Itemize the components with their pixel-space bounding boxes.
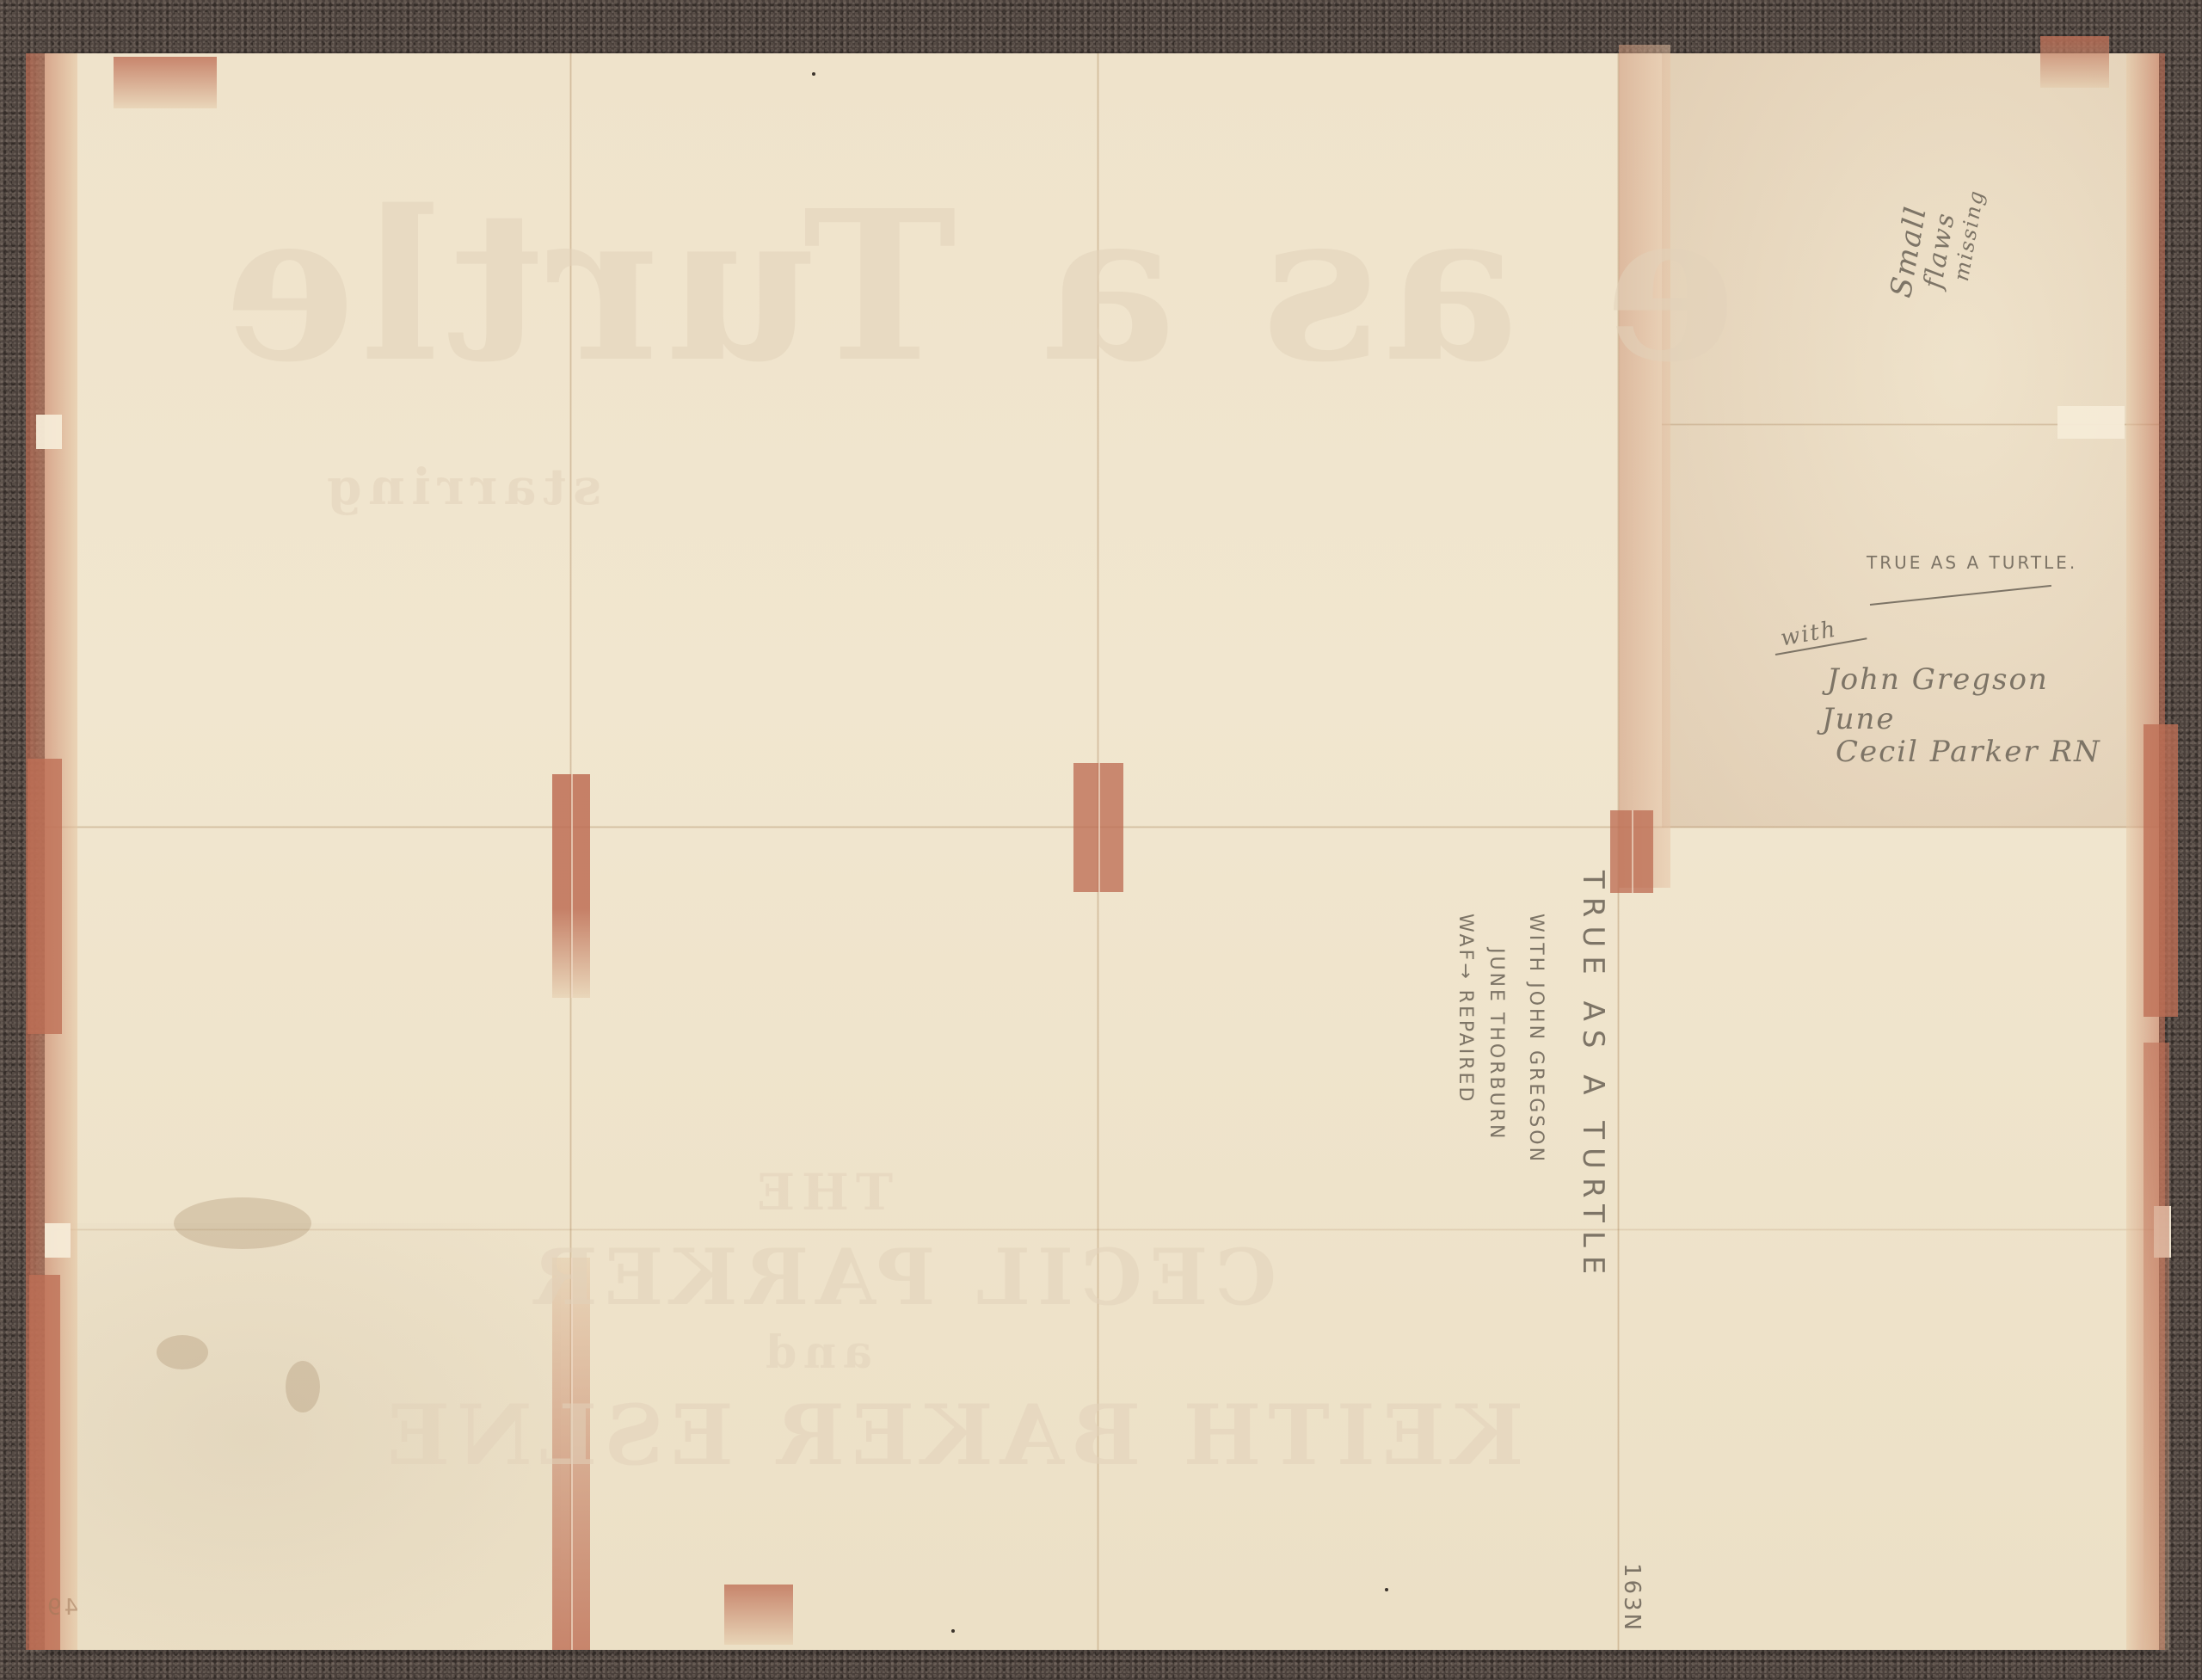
show-through-title: e as a Turtle <box>217 165 1736 408</box>
tape-left-lower-white <box>45 1223 71 1258</box>
aged-shading-right <box>1662 53 2159 828</box>
note-title-right: TRUE AS A TURTLE. <box>1867 552 2077 573</box>
tape-right-edge-fold <box>2144 724 2178 1017</box>
stain-2 <box>157 1335 208 1369</box>
note-cast-1: John Gregson <box>1827 662 2049 697</box>
tape-left-edge-fold <box>28 759 62 1034</box>
tape-bottom-left-edge <box>29 1275 60 1650</box>
show-through-lower-4: KEITH BAKER ESLNE <box>380 1387 1523 1484</box>
tape-top-left <box>114 57 217 108</box>
stain-1 <box>174 1197 311 1249</box>
stain-3 <box>286 1361 320 1412</box>
note-cast-2: June <box>1822 702 1896 736</box>
corner-mark: 49 <box>45 1595 78 1621</box>
show-through-lower-3: and <box>759 1326 872 1379</box>
pin-hole-2 <box>951 1629 955 1633</box>
note-cast-3: Cecil Parker RN <box>1836 735 2101 769</box>
catalog-number: 163N <box>1619 1563 1645 1633</box>
tape-fold-1 <box>552 774 590 998</box>
note-cast-vertical-1: WITH JOHN GREGSON <box>1525 914 1547 1164</box>
poster-back: e as a Turtle starring THE CECIL PARKER … <box>45 53 2159 1650</box>
tape-top-right <box>2040 36 2109 88</box>
tape-bottom-right-edge <box>2144 1043 2169 1650</box>
show-through-lower-2: CECIL PARKER <box>526 1232 1276 1323</box>
tape-right-white <box>2057 406 2125 439</box>
pin-hole-3 <box>1385 1588 1388 1591</box>
note-repair-vertical: WAF→ REPAIRED <box>1455 914 1476 1104</box>
tape-left-white <box>36 415 62 449</box>
pin-hole-1 <box>812 72 815 76</box>
tape-fold-2 <box>1073 763 1123 892</box>
note-title-vertical: TRUE AS A TURTLE <box>1576 871 1610 1283</box>
show-through-subtitle: starring <box>320 458 601 516</box>
note-cast-vertical-2: JUNE THORBURN <box>1485 948 1507 1141</box>
tape-bottom-center <box>724 1585 793 1645</box>
tape-fold-3 <box>1610 810 1653 893</box>
show-through-lower-1: THE <box>750 1163 893 1222</box>
fold-line-horizontal-2 <box>45 1228 2159 1231</box>
